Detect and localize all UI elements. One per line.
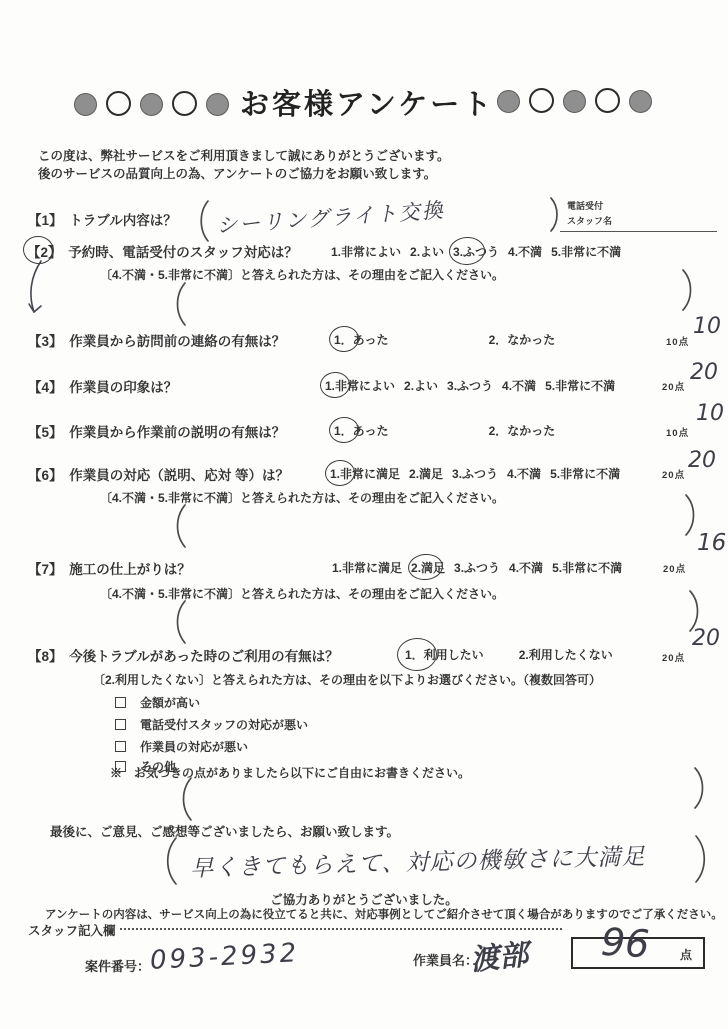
q2-reason-paren-left	[172, 281, 187, 327]
total-score-unit-label: 点	[680, 946, 692, 963]
final-request-label: 最後に、ご意見、ご感想等ございましたら、お願い致します。	[50, 822, 399, 840]
q8-option-selected: 1．利用したい	[405, 646, 484, 663]
q1-handwritten-answer: シーリングライト交換	[215, 194, 445, 240]
q8-checkbox-row: 金額が高い	[115, 694, 200, 711]
disclaimer-text: アンケートの内容は、サービス向上の為に役立てると共に、対応事例としてご紹介させて…	[45, 906, 723, 922]
decorative-circle-outline-icon	[595, 88, 620, 113]
q7-options: 1.非常に満足2.満足3.ふつう4.不満5.非常に不満	[332, 559, 631, 576]
q4-options: 1.非常によい2.よい3.ふつう4.不満5.非常に不満	[325, 377, 624, 394]
q6-label: 【6】 作業員の対応（説明、応対 等）は？	[28, 464, 289, 484]
q7-score-max: 20点	[663, 561, 686, 575]
q8-checkbox-row: 電話受付スタッフの対応が悪い	[115, 716, 308, 733]
q8-label: 【8】 今後トラブルがあった時のご利用の有無は？	[28, 645, 339, 665]
checkbox-unchecked-icon	[115, 697, 126, 708]
q5-score-handwritten: 10	[696, 401, 724, 426]
q6-option: 5.非常に不満	[550, 465, 620, 482]
decorative-circle-outline-icon	[106, 91, 131, 116]
q5-options: 1．あった2．なかった	[334, 422, 564, 439]
q3-options: 1．あった2．なかった	[334, 331, 564, 348]
q5-option-selected: 1．あった	[334, 422, 389, 439]
checkbox-label: 金額が高い	[140, 696, 200, 710]
q7-option: 1.非常に満足	[332, 559, 402, 576]
case-number-label: 案件番号：	[85, 956, 150, 975]
staff-name-underline	[560, 231, 717, 232]
staff-name-label: スタッフ名	[567, 214, 612, 227]
header-circles-left	[74, 91, 238, 121]
q2-option-selected: 3.ふつう	[453, 243, 499, 260]
q5-option: 2．なかった	[489, 422, 556, 439]
q2-option: 5.非常に不満	[551, 243, 621, 260]
q4-option-selected: 1.非常によい	[325, 377, 395, 394]
q7-option: 4.不満	[509, 559, 543, 576]
decorative-circle-outline-icon	[172, 91, 197, 116]
q7-option: 3.ふつう	[454, 559, 500, 576]
case-number-handwritten: 093-2932	[149, 938, 300, 976]
q5-label: 【5】 作業員から作業前の説明の有無は？	[28, 421, 285, 441]
decorative-circle-filled-icon	[206, 93, 229, 116]
q3-option-selected: 1．あった	[334, 331, 389, 348]
q6-options: 1.非常に満足2.満足3.ふつう4.不満5.非常に不満	[330, 465, 629, 482]
decorative-circle-outline-icon	[529, 88, 554, 113]
q2-option: 4.不満	[508, 243, 542, 260]
q4-score-max: 20点	[662, 379, 685, 393]
q5-score-max: 10点	[666, 425, 689, 439]
q6-option: 2.満足	[409, 465, 443, 482]
q7-label: 【7】 施工の仕上がりは？	[28, 558, 191, 578]
q2-option: 1.非常によい	[331, 243, 401, 260]
decorative-circle-filled-icon	[74, 93, 97, 116]
total-score-handwritten: 96	[600, 920, 651, 966]
q3-label: 【3】 作業員から訪問前の連絡の有無は？	[28, 330, 285, 350]
intro-line-1: この度は、弊社サービスをご利用頂きまして誠にありがとうございます。	[38, 147, 450, 165]
intro-line-2: 後のサービスの品質向上の為、アンケートのご協力をお願い致します。	[38, 165, 450, 183]
q7-reason-paren-left	[172, 599, 187, 645]
q6-reason-note: 〔4.不満・5.非常に不満〕と答えられた方は、その理由をご記入ください。	[100, 489, 504, 506]
phone-reception-label: 電話受付	[567, 199, 603, 212]
decorative-circle-filled-icon	[140, 93, 163, 116]
q4-option: 3.ふつう	[447, 377, 493, 394]
q8-sub-note: 〔2.利用したくない〕と答えられた方は、その理由を以下よりお選びください。（複数…	[93, 671, 601, 688]
q6-score-max: 20点	[662, 467, 685, 481]
decorative-circle-filled-icon	[629, 90, 652, 113]
q2-label: 【2】 予約時、電話受付のスタッフ対応は？	[27, 241, 298, 261]
answer-paren-left	[196, 199, 210, 243]
header-circles-right	[497, 88, 661, 118]
page-title: お客様アンケート	[240, 82, 494, 123]
q4-option: 2.よい	[404, 377, 438, 394]
q8-comment-paren-left	[178, 776, 193, 822]
q7-reason-note: 〔4.不満・5.非常に不満〕と答えられた方は、その理由をご記入ください。	[100, 585, 504, 602]
q4-score-handwritten: 20	[690, 360, 718, 385]
q1-label: 【1】 トラブル内容は？	[28, 209, 177, 229]
q7-option-selected: 2.満足	[411, 559, 445, 576]
q4-option: 5.非常に不満	[545, 377, 615, 394]
checkbox-label: 電話受付スタッフの対応が悪い	[140, 718, 308, 732]
phone-box-bracket	[548, 196, 562, 234]
q4-option: 4.不満	[502, 377, 536, 394]
q6-reason-paren-left	[172, 503, 187, 549]
checkbox-unchecked-icon	[115, 719, 126, 730]
final-comment-paren-right	[694, 834, 710, 884]
q8-free-note: ※ お気づきの点がありましたら以下にご自由にお書きください。	[110, 764, 470, 781]
worker-name-signature-handwritten: 渡部	[468, 932, 530, 979]
q3-score-max: 10点	[666, 334, 689, 348]
q8-score-max: 20点	[662, 650, 685, 664]
q2-option: 2.よい	[410, 243, 444, 260]
dotted-leader-line	[120, 928, 562, 930]
q2-options: 1.非常によい2.よい3.ふつう4.不満5.非常に不満	[331, 243, 630, 260]
final-comment-handwritten: 早くきてもらえて、対応の機敏さに大満足	[190, 838, 646, 883]
q6-option: 4.不満	[507, 465, 541, 482]
decorative-circle-filled-icon	[563, 90, 586, 113]
q2-reason-note: 〔4.不満・5.非常に不満〕と答えられた方は、その理由をご記入ください。	[100, 266, 504, 283]
q8-option: 2.利用したくない	[519, 646, 613, 663]
worker-name-label: 作業員名：	[413, 950, 478, 969]
decorative-circle-filled-icon	[497, 90, 520, 113]
q6-option-selected: 1.非常に満足	[330, 465, 400, 482]
q8-comment-paren-right	[693, 766, 708, 810]
q7-score-handwritten: 16	[697, 530, 726, 556]
final-comment-paren-left	[162, 836, 178, 886]
q3-score-handwritten: 10	[693, 314, 721, 339]
q8-score-handwritten: 20	[692, 626, 720, 651]
q6-score-handwritten: 20	[688, 448, 716, 473]
checkbox-label: 作業員の対応が悪い	[140, 740, 248, 754]
hand-drawn-arrow-down	[26, 260, 54, 320]
q8-options: 1．利用したい2.利用したくない	[405, 646, 622, 663]
q3-option: 2．なかった	[489, 331, 556, 348]
survey-scan-page: お客様アンケート この度は、弊社サービスをご利用頂きまして誠にありがとうございま…	[0, 0, 728, 1029]
intro-text: この度は、弊社サービスをご利用頂きまして誠にありがとうございます。 後のサービス…	[38, 147, 450, 183]
q8-checkbox-row: 作業員の対応が悪い	[115, 738, 248, 755]
q2-reason-paren-right	[681, 268, 696, 312]
checkbox-unchecked-icon	[115, 741, 126, 752]
staff-section-label: スタッフ記入欄	[28, 921, 116, 939]
q7-option: 5.非常に不満	[552, 559, 622, 576]
q6-option: 3.ふつう	[452, 465, 498, 482]
q4-label: 【4】 作業員の印象は？	[28, 376, 177, 396]
